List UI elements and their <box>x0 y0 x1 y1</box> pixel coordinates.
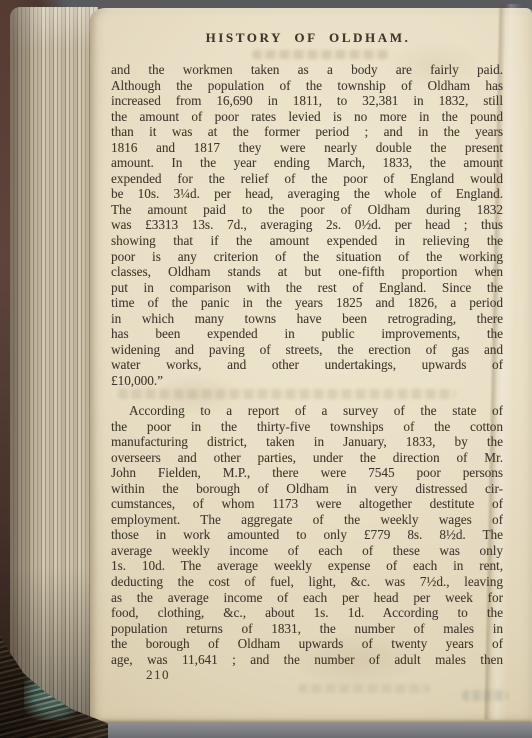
body-paragraph: According to a report of a survey of the… <box>111 403 503 667</box>
text-line: Although the population of the township … <box>111 78 503 94</box>
text-line: the borough of Oldham upwards of twenty … <box>111 636 503 652</box>
text-line: in which many towns have been retrogradi… <box>111 311 503 327</box>
text-line: time of the panic in the years 1825 and … <box>111 295 503 311</box>
text-line: than it was at the former period ; and i… <box>111 124 503 140</box>
text-line: deducting the cost of fuel, light, &c. w… <box>111 574 503 590</box>
text-line: be 10s. 3¼d. per head, averaging the who… <box>111 186 503 202</box>
text-line: classes, Oldham stands at but one-fifth … <box>111 264 503 280</box>
page-header: HISTORY OF OLDHAM. <box>112 30 504 46</box>
text-line: was £3313 13s. 7d., averaging 2s. 0½d. p… <box>111 217 503 233</box>
book-photo: HISTORY OF OLDHAM. and the workmen taken… <box>0 0 532 738</box>
text-line: those in work amounted to only £779 8s. … <box>111 527 503 543</box>
text-line: The amount paid to the poor of Oldham du… <box>111 202 503 218</box>
text-line: manufacturing district, taken in January… <box>111 434 503 450</box>
text-line: £10,000.” <box>111 373 503 389</box>
text-line: food, clothing, &c., about 1s. 1d. Accor… <box>111 605 503 621</box>
text-line: According to a report of a survey of the… <box>111 403 503 419</box>
text-line: the poor in the thirty-five townships of… <box>111 419 503 435</box>
text-line: expended for the relief of the poor of E… <box>111 171 503 187</box>
text-line: 1816 and 1817 they were nearly double th… <box>111 140 503 156</box>
text-line: overseers and other parties, under the d… <box>111 450 503 466</box>
text-line: and the workmen taken as a body are fair… <box>111 62 503 78</box>
text-line: put in comparison with the rest of Engla… <box>111 280 503 296</box>
text-line: widening and paving of streets, the erec… <box>111 342 503 358</box>
text-line: 1s. 10d. The average weekly expense of e… <box>111 558 503 574</box>
text-line: increased from 16,690 in 1811, to 32,381… <box>111 93 503 109</box>
text-line: age, was 11,641 ; and the number of adul… <box>111 652 503 668</box>
printed-text: HISTORY OF OLDHAM. and the workmen taken… <box>0 0 532 738</box>
text-line: average weekly income of each of these w… <box>111 543 503 559</box>
text-line: as the average income of each per head p… <box>111 590 503 606</box>
page-number: 210 <box>146 667 170 683</box>
body-paragraph: and the workmen taken as a body are fair… <box>111 62 503 388</box>
text-line: has been expended in public improvements… <box>111 326 503 342</box>
text-line: poor is any criterion of the situation o… <box>111 249 503 265</box>
text-line: water works, and other undertakings, upw… <box>111 357 503 373</box>
text-line: John Fielden, M.P., there were 7545 poor… <box>111 465 503 481</box>
text-line: population returns of 1831, the number o… <box>111 621 503 637</box>
text-line: employment. The aggregate of the weekly … <box>111 512 503 528</box>
text-line: the amount of poor rates levied is no mo… <box>111 109 503 125</box>
text-line: within the borough of Oldham in very dis… <box>111 481 503 497</box>
text-line: amount. In the year ending March, 1833, … <box>111 155 503 171</box>
text-line: cumstances, of whom 1173 were altogether… <box>111 496 503 512</box>
text-line: showing that if the amount expended in r… <box>111 233 503 249</box>
